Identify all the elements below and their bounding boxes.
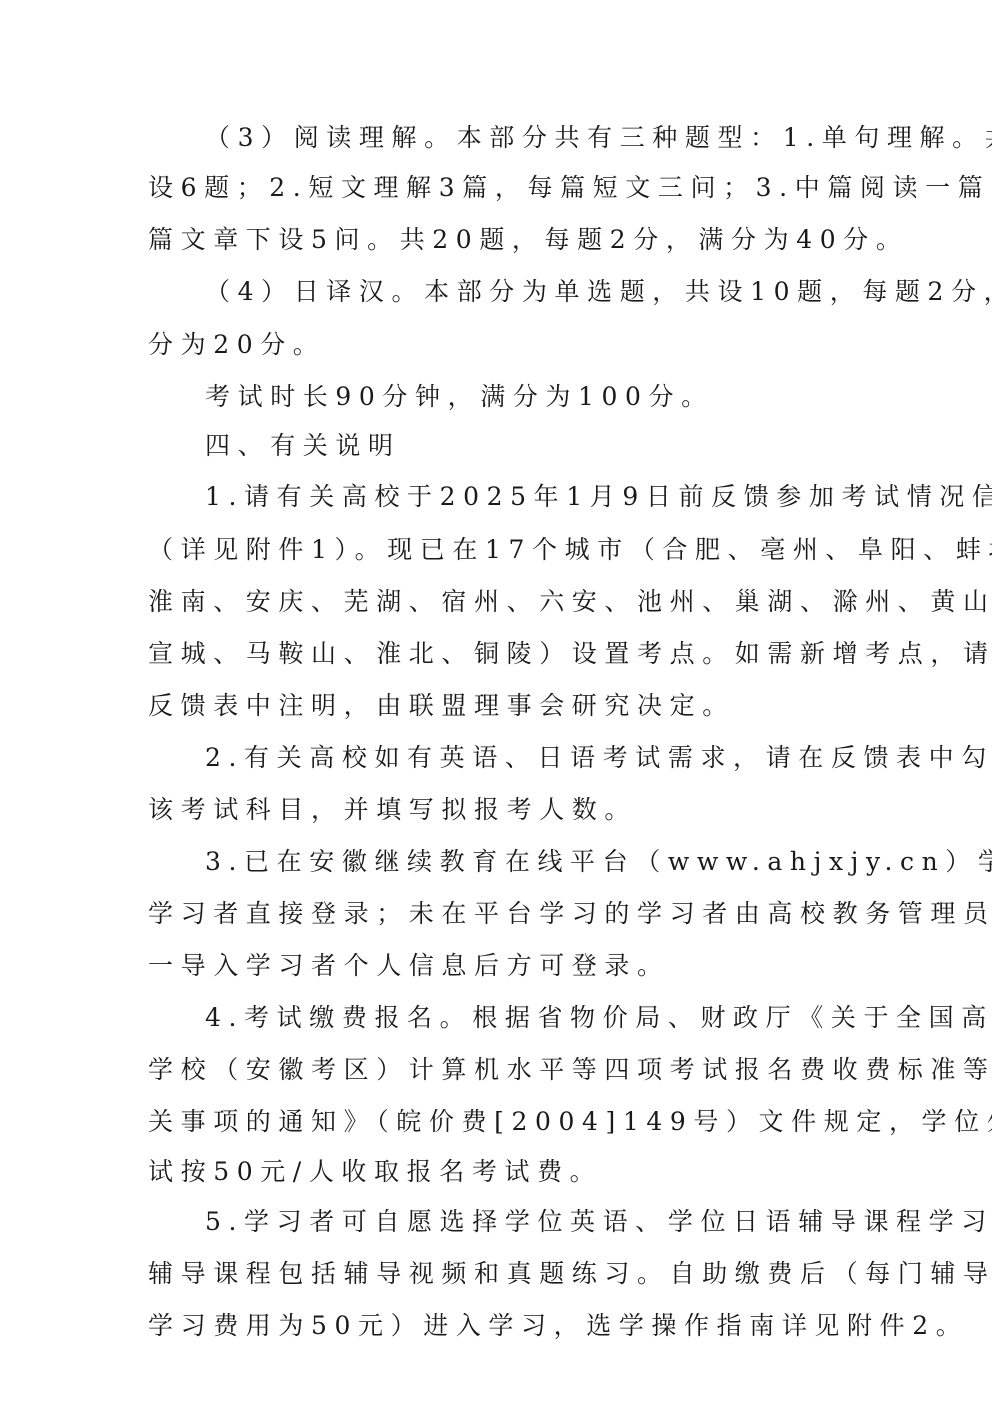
text-line: 该考试科目，并填写拟报考人数。	[148, 790, 888, 830]
text-line: 分为20分。	[148, 325, 888, 365]
text-line: 试按50元/人收取报名考试费。	[148, 1152, 888, 1192]
text-line: 学习费用为50元）进入学习，选学操作指南详见附件2。	[148, 1306, 888, 1346]
text-line: 宣城、马鞍山、淮北、铜陵）设置考点。如需新增考点，请在	[148, 634, 888, 674]
document-page: （3）阅读理解。本部分共有三种题型：1.单句理解。共 设6题；2.短文理解3篇，…	[0, 0, 992, 1403]
text-line: 一导入学习者个人信息后方可登录。	[148, 946, 888, 986]
text-line: 淮南、安庆、芜湖、宿州、六安、池州、巢湖、滁州、黄山、	[148, 582, 888, 622]
text-line: 4.考试缴费报名。根据省物价局、财政厅《关于全国高等	[205, 998, 945, 1038]
text-line: 学习者直接登录；未在平台学习的学习者由高校教务管理员统	[148, 894, 888, 934]
text-line: 辅导课程包括辅导视频和真题练习。自助缴费后（每门辅导课	[148, 1254, 888, 1294]
text-line: 5.学习者可自愿选择学位英语、学位日语辅导课程学习，	[205, 1202, 945, 1242]
text-line: 设6题；2.短文理解3篇，每篇短文三问；3.中篇阅读一篇，每	[148, 168, 888, 208]
heading-text: 四、有关说明	[205, 426, 945, 466]
text-line: 3.已在安徽继续教育在线平台（www.ahjxjy.cn）学习的	[205, 842, 945, 882]
text-line: 反馈表中注明，由联盟理事会研究决定。	[148, 686, 888, 726]
text-line: （3）阅读理解。本部分共有三种题型：1.单句理解。共	[205, 118, 945, 158]
text-line: （详见附件1）。现已在17个城市（合肥、亳州、阜阳、蚌埠、	[148, 530, 888, 570]
text-line: 关事项的通知》（皖价费[2004]149号）文件规定，学位外语考	[148, 1102, 888, 1142]
text-line: 学校（安徽考区）计算机水平等四项考试报名费收费标准等有	[148, 1050, 888, 1090]
text-line: 2.有关高校如有英语、日语考试需求，请在反馈表中勾选	[205, 738, 945, 778]
text-line: 1.请有关高校于2025年1月9日前反馈参加考试情况信息表	[205, 477, 945, 517]
text-line: 考试时长90分钟，满分为100分。	[205, 377, 945, 417]
text-line: 篇文章下设5问。共20题，每题2分，满分为40分。	[148, 220, 888, 260]
text-line: （4）日译汉。本部分为单选题，共设10题，每题2分，满	[205, 272, 945, 312]
